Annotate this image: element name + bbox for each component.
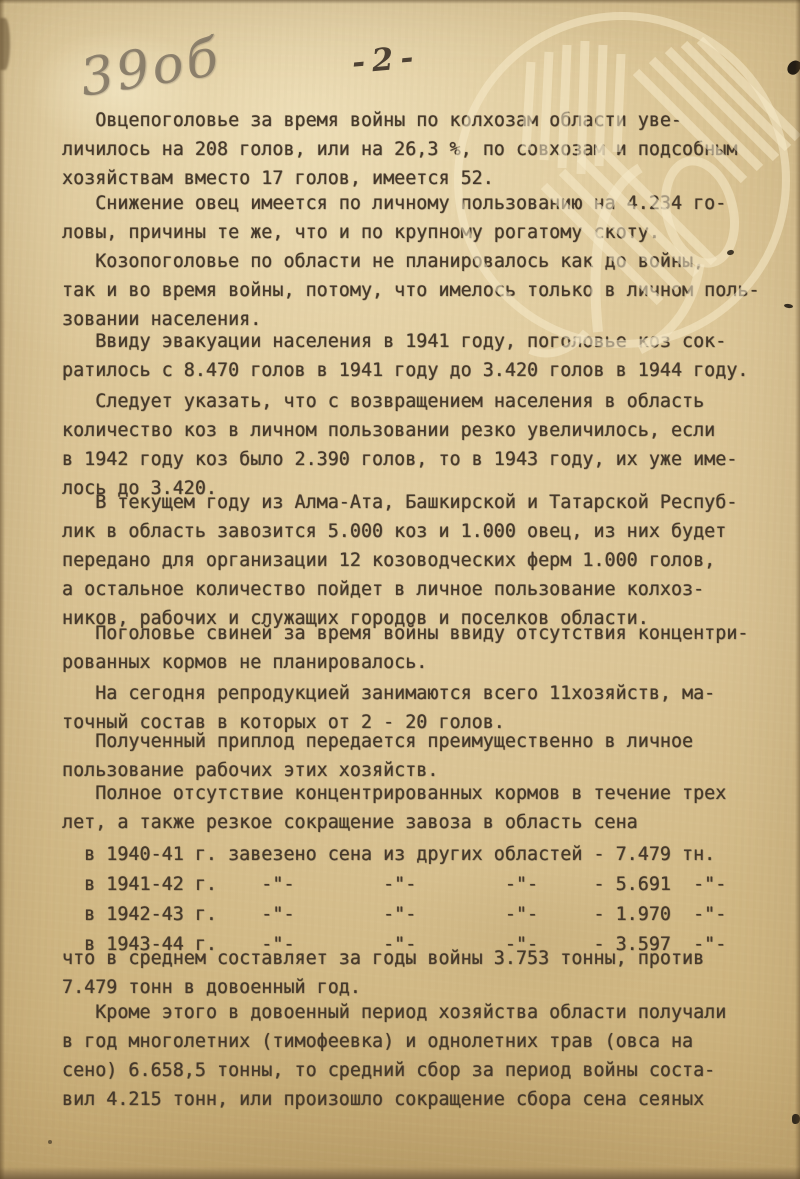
typed-paragraph: Кроме этого в довоенный период хозяйства…: [62, 998, 786, 1114]
hay-import-row: в 1941-42 г. -"- -"- -"- - 5.691 -"-: [62, 870, 786, 900]
typed-paragraph: В текущем году из Алма-Ата, Башкирской и…: [62, 488, 786, 633]
ink-speck: [785, 58, 800, 77]
typed-paragraph: Овцепоголовье за время войны по колхозам…: [62, 106, 786, 193]
typed-paragraph: Полное отсутствие концентрированных корм…: [62, 779, 786, 837]
page-edge-shadow: [795, 0, 800, 1179]
typed-paragraph: Полученный приплод передается преимущест…: [62, 727, 786, 785]
typed-paragraph: Следует указать, что с возвращением насе…: [62, 387, 786, 503]
typed-paragraph: что в среднем составляет за годы войны 3…: [62, 944, 786, 1002]
hay-import-row: в 1940-41 г. завезено сена из других обл…: [62, 840, 786, 870]
ink-speck: [792, 1114, 800, 1124]
hay-import-row: в 1942-43 г. -"- -"- -"- - 1.970 -"-: [62, 900, 786, 930]
page-edge-shadow: [0, 0, 5, 1179]
folio-number-handwritten: 39об: [76, 27, 225, 108]
page-corner-smudge: [0, 18, 10, 70]
typed-paragraph: Козопоголовье по области не планировалос…: [62, 247, 786, 334]
page-number-handwritten: -2-: [351, 39, 422, 81]
page-edge-shadow: [0, 1167, 800, 1179]
typed-paragraph: Ввиду эвакуации населения в 1941 году, п…: [62, 327, 786, 385]
ink-speck: [48, 1140, 52, 1144]
page-edge-shadow: [0, 0, 800, 4]
typed-paragraph: Снижение овец имеется по личному пользов…: [62, 189, 786, 247]
hay-import-table: в 1940-41 г. завезено сена из других обл…: [62, 840, 786, 960]
document-page: 39об -2- Овцепоголовье за время войны по…: [0, 0, 800, 1179]
typed-paragraph: Поголовье свиней за время войны ввиду от…: [62, 619, 786, 677]
